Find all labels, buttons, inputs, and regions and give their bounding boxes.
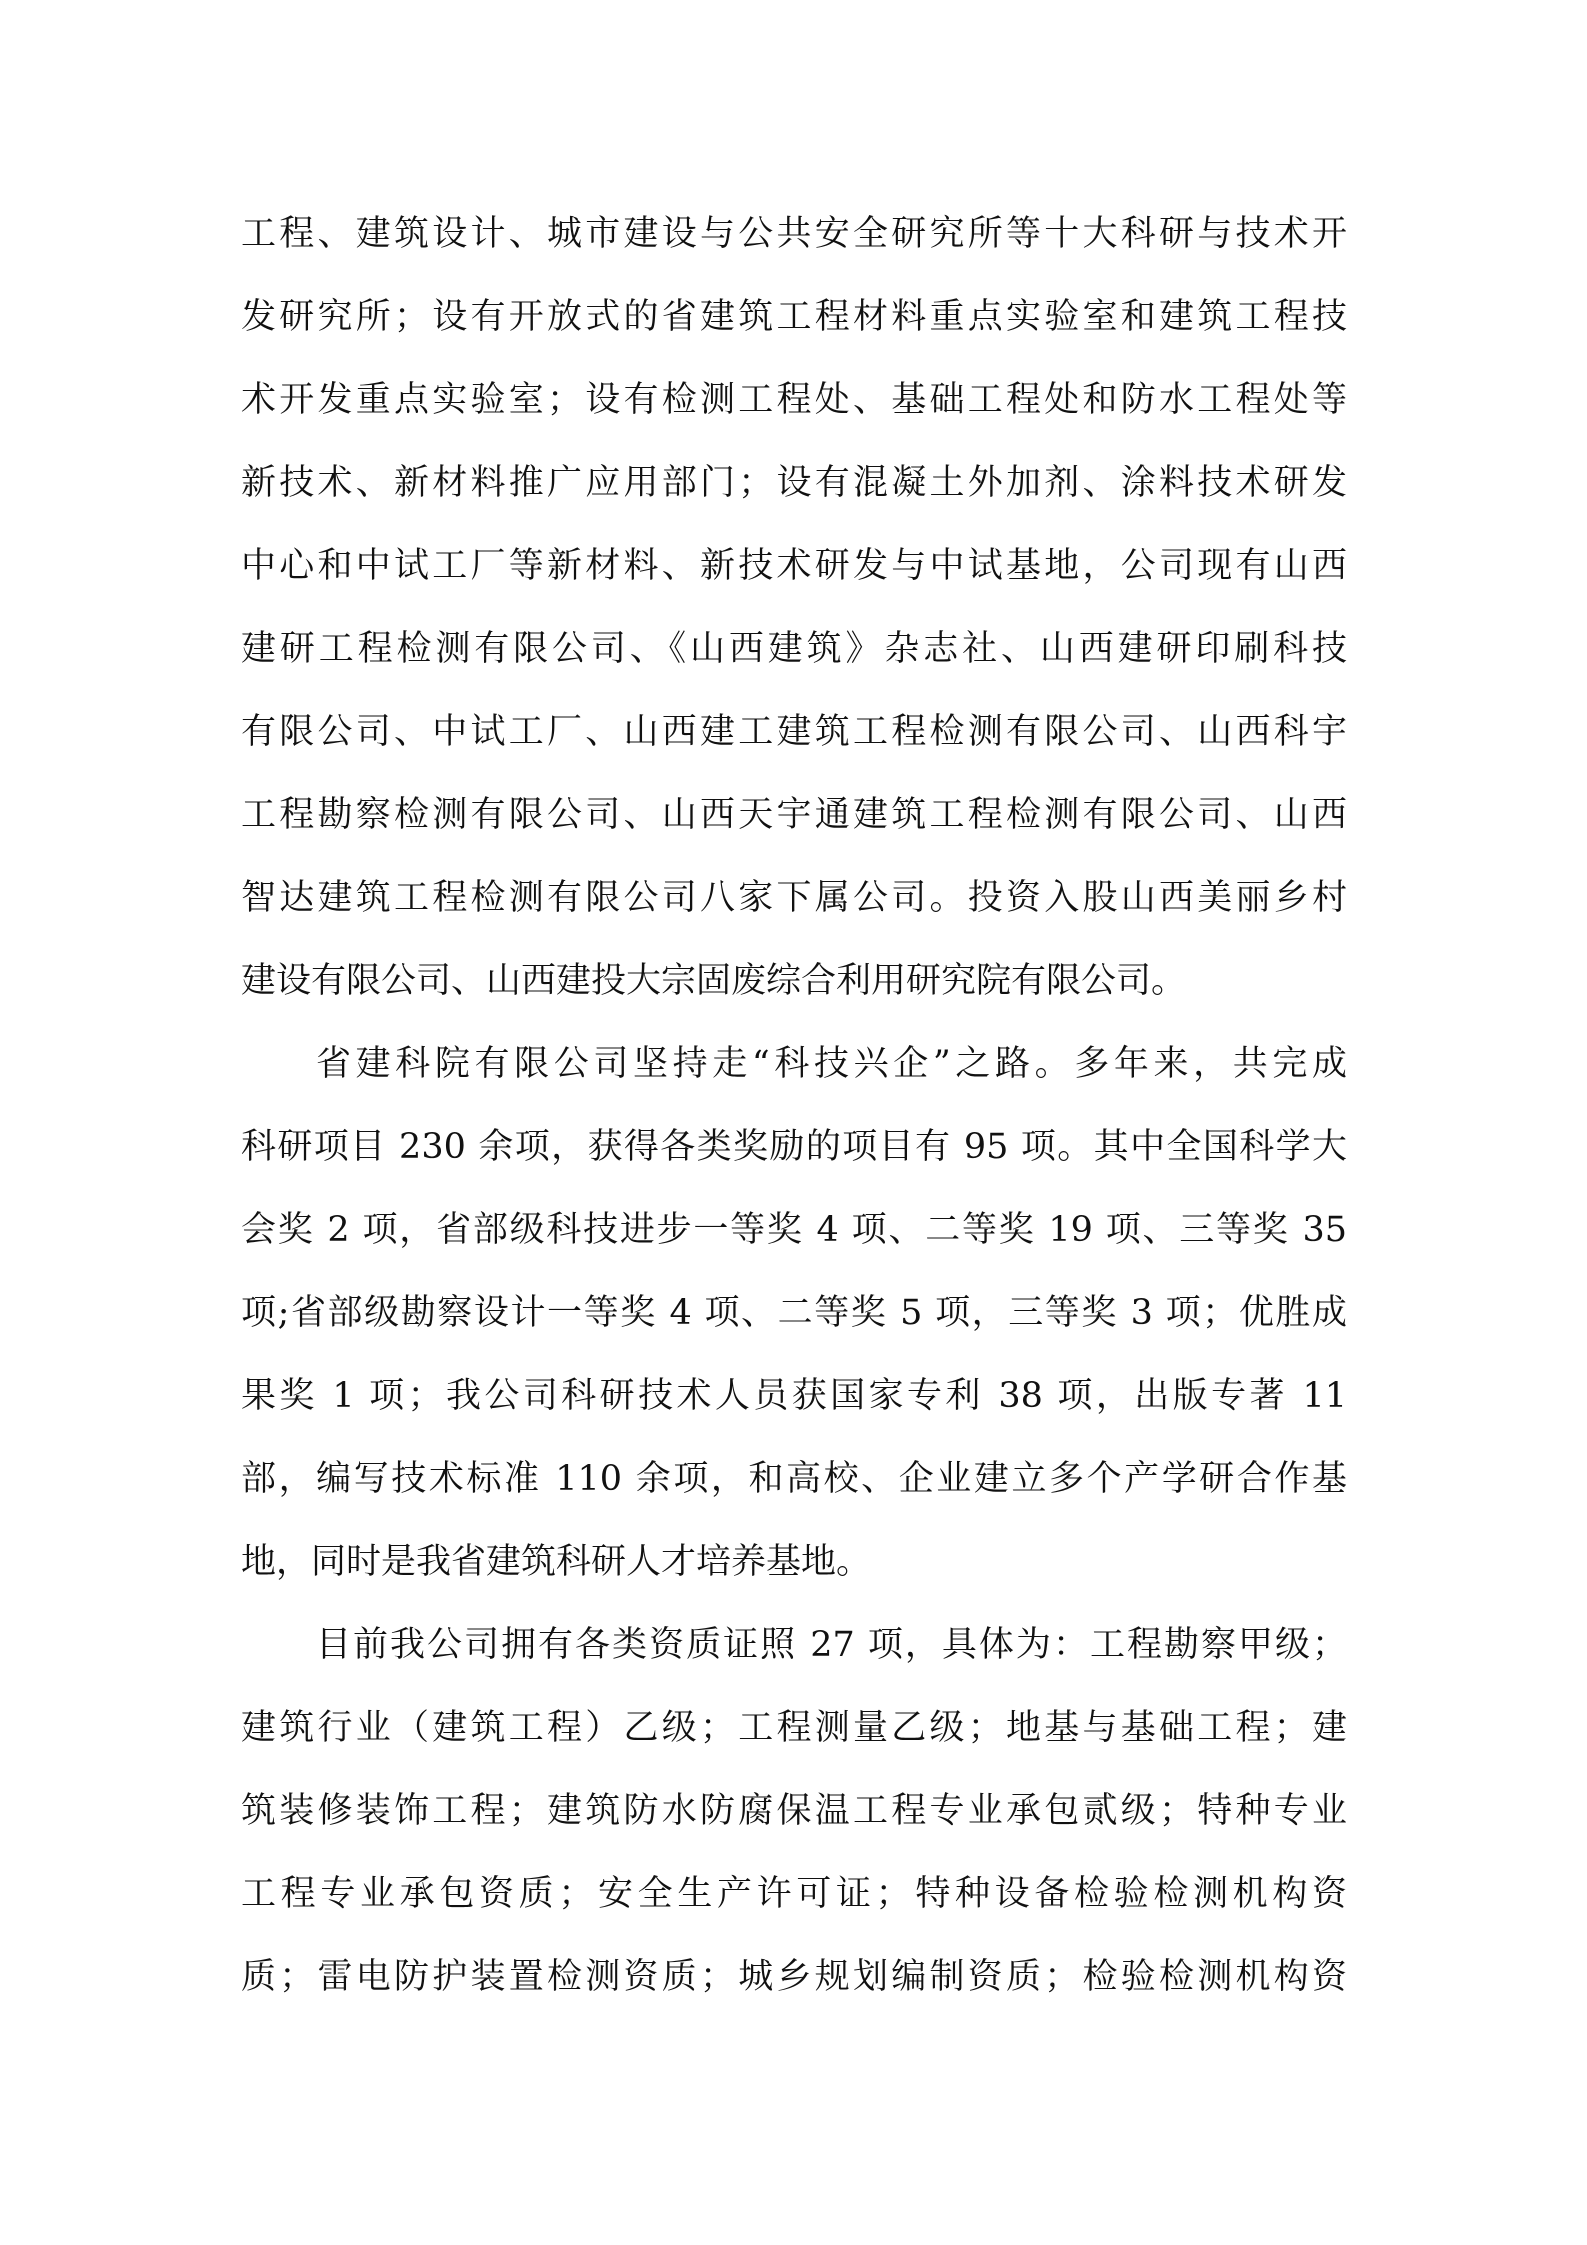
text-line: 科研项目 230 余项，获得各类奖励的项目有 95 项。其中全国科学大: [241, 1106, 1347, 1189]
paragraph-qualifications: 目前我公司拥有各类资质证照 27 项，具体为：工程勘察甲级； 建筑行业（建筑工程…: [241, 1604, 1347, 2019]
text-line: 术开发重点实验室；设有检测工程处、基础工程处和防水工程处等: [241, 359, 1347, 442]
paragraph-research-achievements: 省建科院有限公司坚持走“科技兴企”之路。多年来，共完成 科研项目 230 余项，…: [241, 1023, 1347, 1604]
text-line: 省建科院有限公司坚持走“科技兴企”之路。多年来，共完成: [241, 1023, 1347, 1106]
text-line: 有限公司、中试工厂、山西建工建筑工程检测有限公司、山西科宇: [241, 691, 1347, 774]
text-line: 智达建筑工程检测有限公司八家下属公司。投资入股山西美丽乡村: [241, 857, 1347, 940]
text-line: 会奖 2 项，省部级科技进步一等奖 4 项、二等奖 19 项、三等奖 35: [241, 1189, 1347, 1272]
text-line: 工程专业承包资质；安全生产许可证；特种设备检验检测机构资: [241, 1853, 1347, 1936]
document-body: 工程、建筑设计、城市建设与公共安全研究所等十大科研与技术开 发研究所；设有开放式…: [241, 193, 1347, 2019]
text-line: 地，同时是我省建筑科研人才培养基地。: [241, 1521, 1347, 1604]
text-line: 质；雷电防护装置检测资质；城乡规划编制资质；检验检测机构资: [241, 1936, 1347, 2019]
text-line: 发研究所；设有开放式的省建筑工程材料重点实验室和建筑工程技: [241, 276, 1347, 359]
text-line: 部，编写技术标准 110 余项，和高校、企业建立多个产学研合作基: [241, 1438, 1347, 1521]
text-line: 果奖 1 项；我公司科研技术人员获国家专利 38 项，出版专著 11: [241, 1355, 1347, 1438]
text-line: 目前我公司拥有各类资质证照 27 项，具体为：工程勘察甲级；: [241, 1604, 1347, 1687]
text-line: 建设有限公司、山西建投大宗固废综合利用研究院有限公司。: [241, 940, 1347, 1023]
text-line: 建筑行业（建筑工程）乙级；工程测量乙级；地基与基础工程；建: [241, 1687, 1347, 1770]
paragraph-company-structure: 工程、建筑设计、城市建设与公共安全研究所等十大科研与技术开 发研究所；设有开放式…: [241, 193, 1347, 1023]
text-line: 项;省部级勘察设计一等奖 4 项、二等奖 5 项，三等奖 3 项；优胜成: [241, 1272, 1347, 1355]
text-line: 新技术、新材料推广应用部门；设有混凝土外加剂、涂料技术研发: [241, 442, 1347, 525]
text-line: 工程、建筑设计、城市建设与公共安全研究所等十大科研与技术开: [241, 193, 1347, 276]
document-page: 工程、建筑设计、城市建设与公共安全研究所等十大科研与技术开 发研究所；设有开放式…: [0, 0, 1587, 2245]
text-line: 建研工程检测有限公司、《山西建筑》杂志社、山西建研印刷科技: [241, 608, 1347, 691]
text-line: 中心和中试工厂等新材料、新技术研发与中试基地，公司现有山西: [241, 525, 1347, 608]
text-line: 筑装修装饰工程；建筑防水防腐保温工程专业承包贰级；特种专业: [241, 1770, 1347, 1853]
text-line: 工程勘察检测有限公司、山西天宇通建筑工程检测有限公司、山西: [241, 774, 1347, 857]
